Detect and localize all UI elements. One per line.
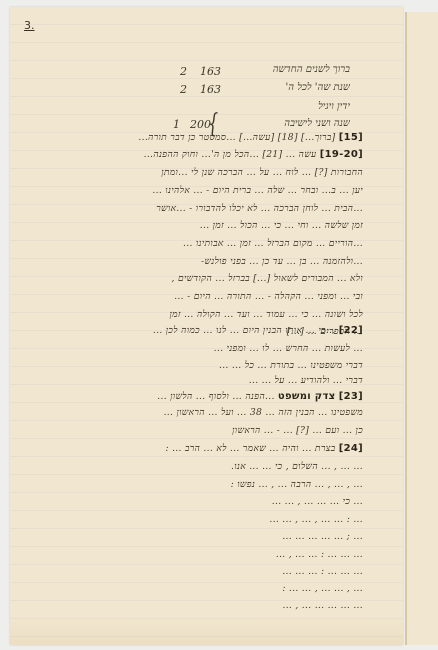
reference-number: [22]: [339, 325, 363, 336]
manuscript-line: דברי ... ולהודיע ... על ... ...: [32, 375, 363, 386]
manuscript-line: ... , ... , ... הרבה ... , ... נפשו :: [32, 479, 363, 490]
manuscript-line: לכל ושונה ... כי ... עמוד ... ועד ... הק…: [32, 309, 363, 320]
manuscript-line: ... , ... ... , ... ... :: [32, 583, 363, 594]
reference-number: [15]: [339, 132, 363, 143]
manuscript-line: ...הוריים ... מקום הברזל ... זמן ... אבו…: [32, 238, 363, 249]
reference-number: [23]: [339, 391, 363, 402]
header-count: 2: [180, 65, 187, 78]
header-value: 163: [200, 65, 221, 78]
manuscript-line: ... ; ... ... ... ... ...: [32, 531, 363, 542]
manuscript-line: כן ... ועם ... [?] ... - ... הראשון: [32, 425, 363, 436]
manuscript-line: דברי משפטינו ... בתורת ... כל ... ...: [32, 360, 363, 371]
manuscript-line: [19-20] עשה ... [21] ...הכל מן ה'... וחו…: [32, 149, 363, 160]
header-count: 2: [180, 83, 187, 96]
manuscript-line: [15] [ברוך...] [18] [עשה...] ...סמסטר כן…: [32, 132, 363, 143]
manuscript-line: [22] ...כי ... אותו הבנין היום ... לנו .…: [32, 325, 363, 336]
header-count: 1: [173, 118, 180, 131]
manuscript-line: ... כי ... ... ... , ... ...: [32, 496, 363, 507]
adjacent-page-edge: [405, 12, 438, 645]
manuscript-line: ... לעשות ... החרש ... לו ... ומפני ...: [32, 343, 363, 354]
manuscript-line: ובי ... ומפני ... הקהלה - ... התורה ... …: [32, 291, 363, 302]
manuscript-line: ... ... ... : ... ... ...: [32, 566, 363, 577]
manuscript-line: [24] בצרת ... והיה ... שאמר ... לא ... ה…: [32, 443, 363, 454]
manuscript-line: זמן שלשה ... וחי ... כי ... הכול ... זמן…: [32, 220, 363, 231]
header-item: ידין ויגיל: [270, 101, 350, 112]
header-item: שנה ושני לישיבה: [250, 118, 350, 129]
manuscript-page: 3. 2 163 ברוך לשנים החדשה 2 163 שנת שה' …: [10, 7, 403, 645]
manuscript-line: ... ... ... ... ... , ...: [32, 600, 363, 611]
reference-number: [19-20]: [320, 149, 363, 160]
manuscript-line: ... ... ... : ... ... , ...: [32, 549, 363, 560]
manuscript-line: ולא ... המבורים לשאול [...] בברזל ... הק…: [32, 273, 363, 284]
header-item: ברוך לשנים החדשה: [250, 64, 350, 75]
header-value: 163: [200, 83, 221, 96]
manuscript-line: ... ... , ... השלום , כי ... ... אנו.: [32, 461, 363, 472]
manuscript-line: ...ולהזמנה ... בן ... עד כן ... בפני פול…: [32, 256, 363, 267]
manuscript-line: ...הבית ... לוחן הברכה ... לא יכלו להדבו…: [32, 203, 363, 214]
printed-title: צדק ומשפט: [278, 391, 336, 402]
manuscript-line: יען ... ב... ובחר ... שלה ... ברית היום …: [32, 185, 363, 196]
manuscript-line: החבורות [?] ... לוח ... על ... הברכה שנן…: [32, 167, 363, 178]
header-item: שנת שה' לכל ה': [250, 82, 350, 93]
header-value: 200: [190, 118, 211, 131]
reference-number: [24]: [339, 443, 363, 454]
manuscript-line: [23] צדק ומשפט ...הפנה ... ולסוף ... הלש…: [32, 391, 363, 402]
page-number: 3.: [24, 19, 35, 32]
manuscript-line: משפטינו ... הבנין הזה ... 38 ... ועל ...…: [32, 407, 363, 418]
manuscript-line: ... : ... ... , ... , ... ...: [32, 514, 363, 525]
